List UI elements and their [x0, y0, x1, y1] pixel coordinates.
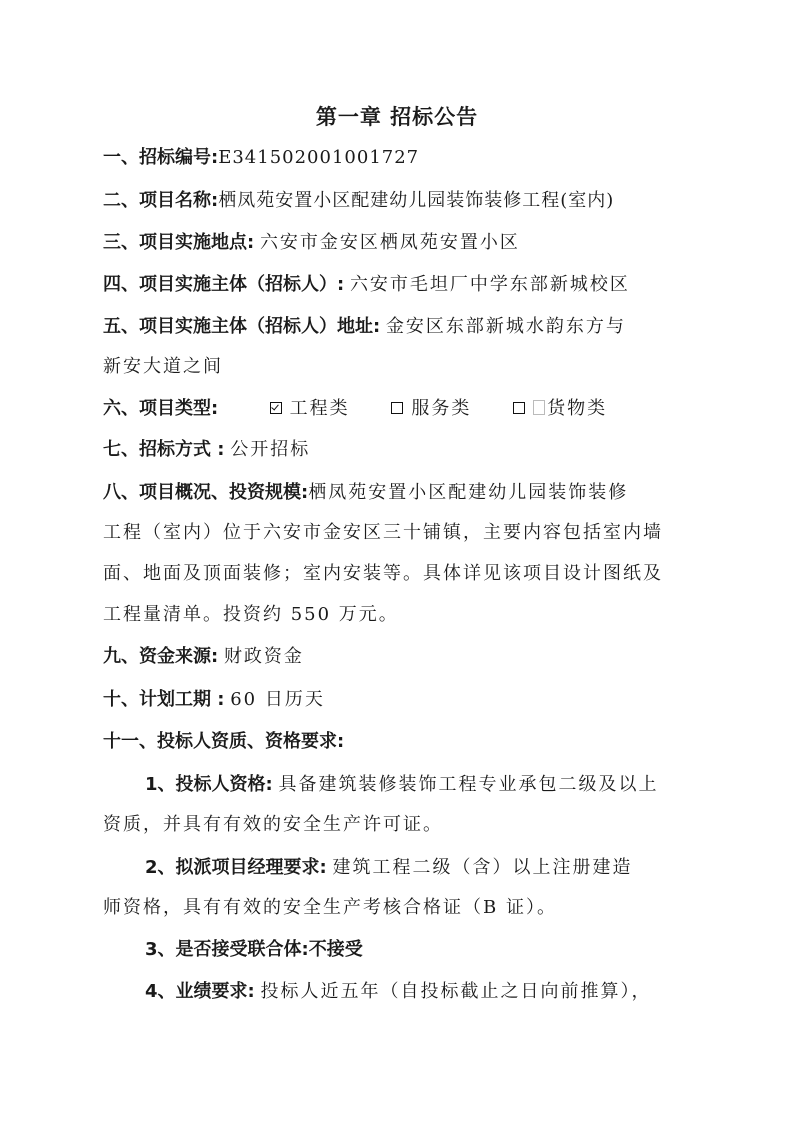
req-consortium: 3、是否接受联合体:不接受: [145, 938, 735, 962]
section-label: 十、计划工期 :: [103, 689, 224, 710]
section-overview: 八、项目概况、投资规模:栖凤苑安置小区配建幼儿园装饰装修: [103, 481, 693, 505]
section-value: 金安区东部新城水韵东方与: [386, 316, 626, 337]
section-label: 八、项目概况、投资规模:: [103, 482, 308, 503]
req-project-manager-cont: 师资格，具有有效的安全生产考核合格证（B 证）。: [103, 896, 693, 920]
section-overview-line-4: 工程量清单。投资约 550 万元。: [103, 603, 693, 627]
req-bidder-qualification: 1、投标人资格: 具备建筑装修装饰工程专业承包二级及以上: [145, 773, 735, 797]
section-duration: 十、计划工期 : 60 日历天: [103, 688, 693, 712]
req-project-manager: 2、拟派项目经理要求: 建筑工程二级（含）以上注册建造: [145, 856, 735, 880]
section-fund-source: 九、资金来源: 财政资金: [103, 645, 693, 669]
section-label: 十一、投标人资质、资格要求:: [103, 731, 344, 752]
req-label: 4、业绩要求:: [145, 981, 255, 1002]
section-project-type: 六、项目类型: 工程类 服务类 货物类: [103, 397, 693, 421]
req-performance: 4、业绩要求: 投标人近五年（自投标截止之日向前推算），: [145, 980, 735, 1004]
section-label: 二、项目名称:: [103, 190, 218, 211]
section-value: 60 日历天: [230, 689, 325, 710]
checkbox-checked-icon[interactable]: [270, 402, 282, 414]
section-label: 三、项目实施地点:: [103, 232, 254, 253]
checkbox-icon[interactable]: [391, 402, 403, 414]
section-bid-number: 一、招标编号:E341502001001727: [103, 146, 693, 170]
section-value: 六安市金安区栖凤苑安置小区: [260, 232, 520, 253]
req-label: 2、拟派项目经理要求:: [145, 857, 327, 878]
section-location: 三、项目实施地点: 六安市金安区栖凤苑安置小区: [103, 231, 693, 255]
req-value: 建筑工程二级（含）以上注册建造: [332, 857, 632, 878]
section-label: 六、项目类型:: [103, 398, 218, 419]
section-value: 六安市毛坦厂中学东部新城校区: [350, 274, 630, 295]
option-service[interactable]: 服务类: [391, 397, 471, 421]
document-page: 第一章 招标公告 一、招标编号:E341502001001727 二、项目名称:…: [0, 0, 794, 1122]
section-bid-method: 七、招标方式 : 公开招标: [103, 438, 693, 462]
req-label: 3、是否接受联合体:: [145, 939, 309, 960]
section-value: 栖凤苑安置小区配建幼儿园装饰装修工程(室内): [218, 190, 614, 211]
section-tenderer: 四、项目实施主体（招标人）: 六安市毛坦厂中学东部新城校区: [103, 273, 693, 297]
section-tenderer-address-cont: 新安大道之间: [103, 355, 693, 379]
section-label: 九、资金来源:: [103, 646, 218, 667]
section-label: 四、项目实施主体（招标人）:: [103, 274, 344, 295]
req-bidder-qualification-cont: 资质，并具有有效的安全生产许可证。: [103, 813, 693, 837]
section-overview-line-3: 面、地面及顶面装修；室内安装等。具体详见该项目设计图纸及: [103, 562, 693, 586]
section-value-cont: 新安大道之间: [103, 356, 223, 377]
section-project-name: 二、项目名称:栖凤苑安置小区配建幼儿园装饰装修工程(室内): [103, 189, 693, 213]
section-overview-line-2: 工程（室内）位于六安市金安区三十铺镇，主要内容包括室内墙: [103, 521, 693, 545]
section-label: 一、招标编号:: [103, 147, 218, 168]
section-label: 五、项目实施主体（招标人）地址:: [103, 316, 380, 337]
section-tenderer-address: 五、项目实施主体（招标人）地址: 金安区东部新城水韵东方与: [103, 315, 693, 339]
req-value: 投标人近五年（自投标截止之日向前推算），: [260, 981, 651, 1002]
req-label: 1、投标人资格:: [145, 774, 273, 795]
req-value: 不接受: [309, 939, 363, 960]
req-value: 具备建筑装修装饰工程专业承包二级及以上: [278, 774, 658, 795]
section-value: 栖凤苑安置小区配建幼儿园装饰装修: [308, 482, 628, 503]
placeholder-box-icon: [533, 400, 545, 415]
section-label: 七、招标方式 :: [103, 439, 224, 460]
option-engineering[interactable]: 工程类: [270, 397, 350, 421]
checkbox-icon[interactable]: [513, 402, 525, 414]
option-goods[interactable]: 货物类: [513, 397, 607, 421]
section-value: 财政资金: [224, 646, 304, 667]
section-value: 公开招标: [230, 439, 310, 460]
section-value: E341502001001727: [218, 147, 419, 168]
section-qualifications: 十一、投标人资质、资格要求:: [103, 730, 693, 754]
page-title: 第一章 招标公告: [0, 101, 794, 131]
